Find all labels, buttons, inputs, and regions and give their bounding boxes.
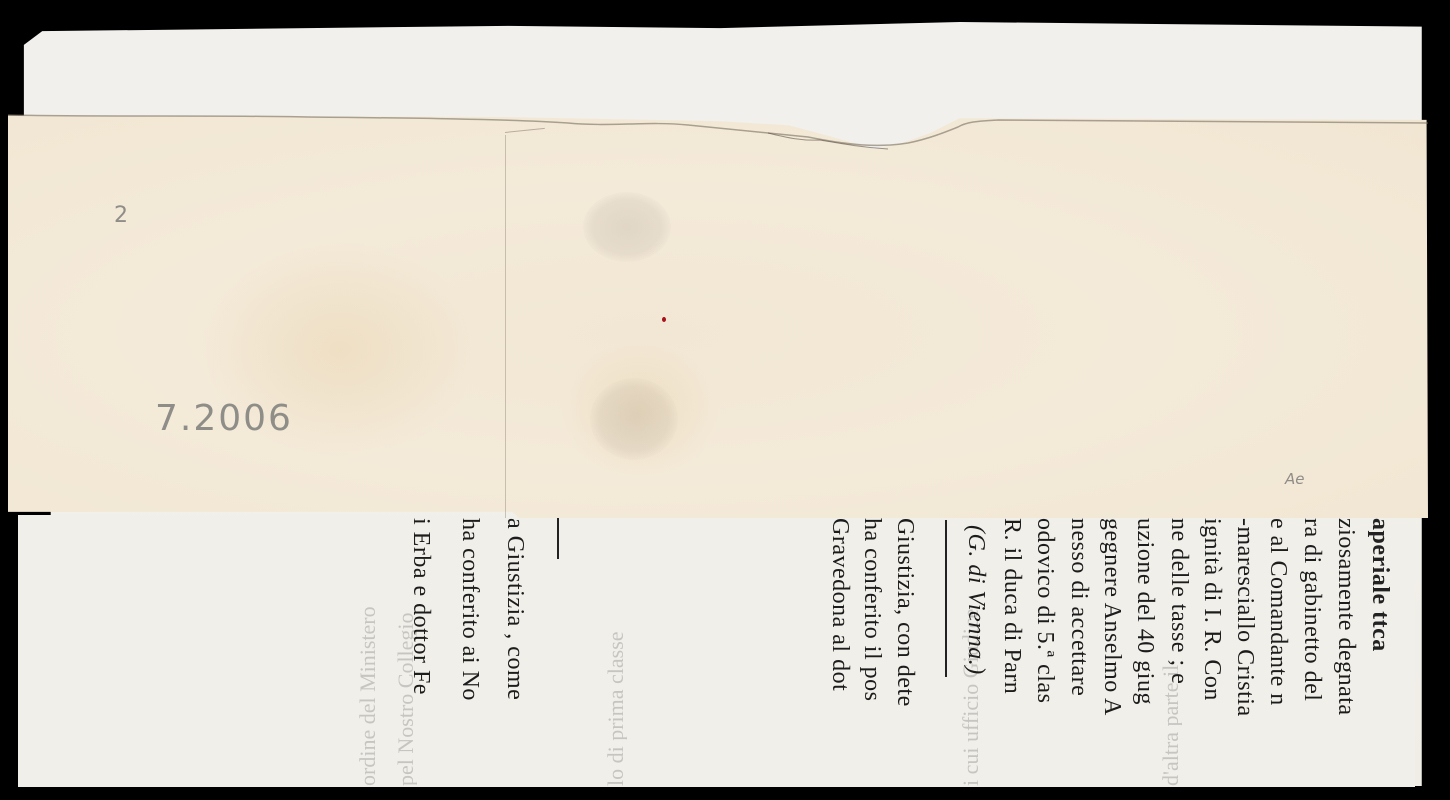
newspaper-line: ziosamente degnata [1334, 518, 1358, 786]
show-through-text: ordine del Ministero [357, 516, 379, 786]
faint-postmark-icon [583, 192, 671, 262]
newspaper-line: ne delle tasse ; e [1167, 518, 1191, 786]
newspaper-line: ha conferito ai No [458, 518, 482, 786]
pencil-mark-number: 2 [114, 203, 128, 228]
column-rule-short [557, 517, 559, 559]
newspaper-line: ra di gabinetto del [1300, 518, 1324, 786]
newspaper-heading: aperiale ttca [1368, 518, 1392, 786]
newspaper-line: Giustizia, con dete [893, 518, 917, 786]
newspaper-line: a Giustizia , come [503, 518, 527, 786]
pencil-mark-initials: Ae [1285, 470, 1305, 488]
faint-postmark-icon [590, 378, 678, 460]
newspaper-line: uzione del 40 giug [1133, 518, 1157, 786]
show-through-text: lo di prima classe [605, 516, 627, 786]
column-rule [945, 520, 947, 677]
newspaper-line: Gravedona al dot [828, 518, 852, 786]
newspaper-line: ignità di I. R. Con [1200, 518, 1224, 786]
newspaper-line: ha conferito il pos [860, 518, 884, 786]
red-ink-dot [662, 317, 666, 322]
newspaper-line: gegnere Anselmo A [1100, 518, 1124, 786]
newspaper-line: e al Comandante n [1266, 518, 1290, 786]
wrapper-fold-line [505, 135, 506, 518]
newspaper-line: -maresciallo Cristia [1233, 518, 1257, 786]
newspaper-line: odovico di 5.ª clas [1033, 518, 1057, 786]
newspaper-line: nesso di accettare [1067, 518, 1091, 786]
newspaper-source-credit: (G. di Vienna.) [964, 525, 988, 793]
newspaper-line: i Erba e dottor Fe [409, 518, 433, 786]
newspaper-line: R. il duca di Parn [1000, 518, 1024, 786]
pencil-inventory-number: 7.2006 [155, 398, 293, 439]
